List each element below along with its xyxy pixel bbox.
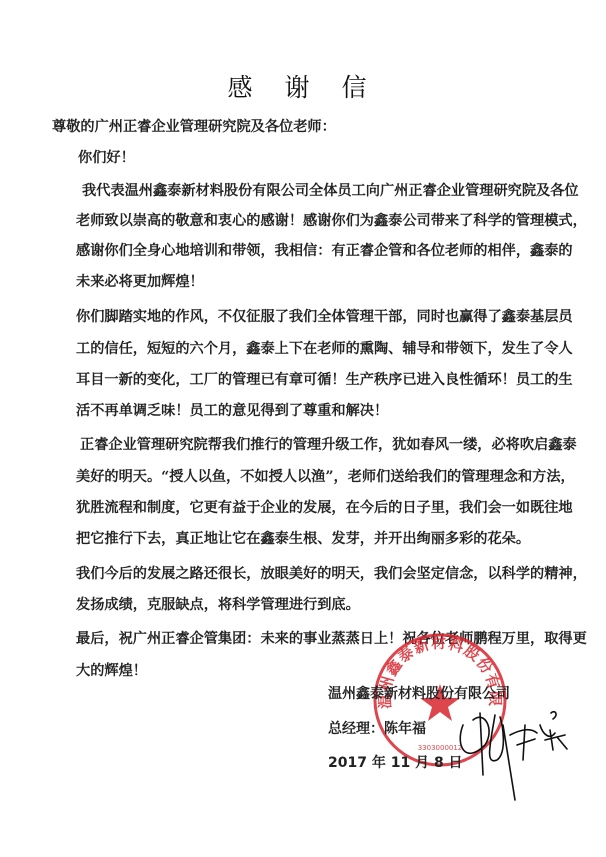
body-line: 未来必将更加辉煌！ [76,271,204,291]
signoff-date: 2017 年 11 月 8 日 [328,752,463,772]
salutation: 尊敬的广州正睿企业管理研究院及各位老师： [52,116,336,136]
body-line: 发扬成绩，克服缺点，将科学管理进行到底。 [76,594,360,614]
signoff-manager: 总经理：陈年福 [328,718,426,738]
greeting: 你们好！ [78,147,135,167]
body-line: 老师致以崇高的敬意和衷心的感谢！感谢你们为鑫泰公司带来了科学的管理模式， [76,210,587,230]
body-line: 正睿企业管理研究院帮我们推行的管理升级工作，犹如春风一缕，必将吹启鑫泰 [80,434,577,454]
body-line: 犹胜流程和制度，它更有益于企业的发展，在今后的日子里，我们会一如既往地 [76,497,573,517]
body-line: 把它推行下去，真正地让它在鑫泰生根、发芽，并开出绚丽多彩的花朵。 [76,528,530,548]
body-line: 美好的明天。“授人以鱼，不如授人以渔”，老师们送给我们的管理理念和方法， [76,466,575,486]
body-line: 耳目一新的变化，工厂的管理已有章可循！生产秩序已进入良性循环！员工的生 [76,369,573,389]
body-line: 我代表温州鑫泰新材料股份有限公司全体员工向广州正睿企业管理研究院及各位 [82,180,579,200]
body-line: 工的信任，短短的六个月，鑫泰上下在老师的熏陶、辅导和带领下，发生了令人 [76,338,573,358]
body-line: 感谢你们全身心地培训和带领，我相信：有正睿企管和各位老师的相伴，鑫泰的 [76,240,573,260]
letter-title: 感 谢 信 [0,68,606,104]
body-line: 大的辉煌！ [76,660,147,680]
body-line: 你们脚踏实地的作风，不仅征服了我们全体管理干部，同时也赢得了鑫泰基层员 [76,306,573,326]
body-line: 我们今后的发展之路还很长，放眼美好的明天，我们会坚定信念，以科学的精神， [76,563,587,583]
body-line: 活不再单调乏味！员工的意见得到了尊重和解决！ [76,400,388,420]
body-line: 最后，祝广州正睿企管集团：未来的事业蒸蒸日上！祝各位老师鹏程万里，取得更 [76,628,587,648]
signoff-company: 温州鑫泰新材料股份有限公司 [328,683,510,703]
handwritten-signature-icon [455,705,575,815]
